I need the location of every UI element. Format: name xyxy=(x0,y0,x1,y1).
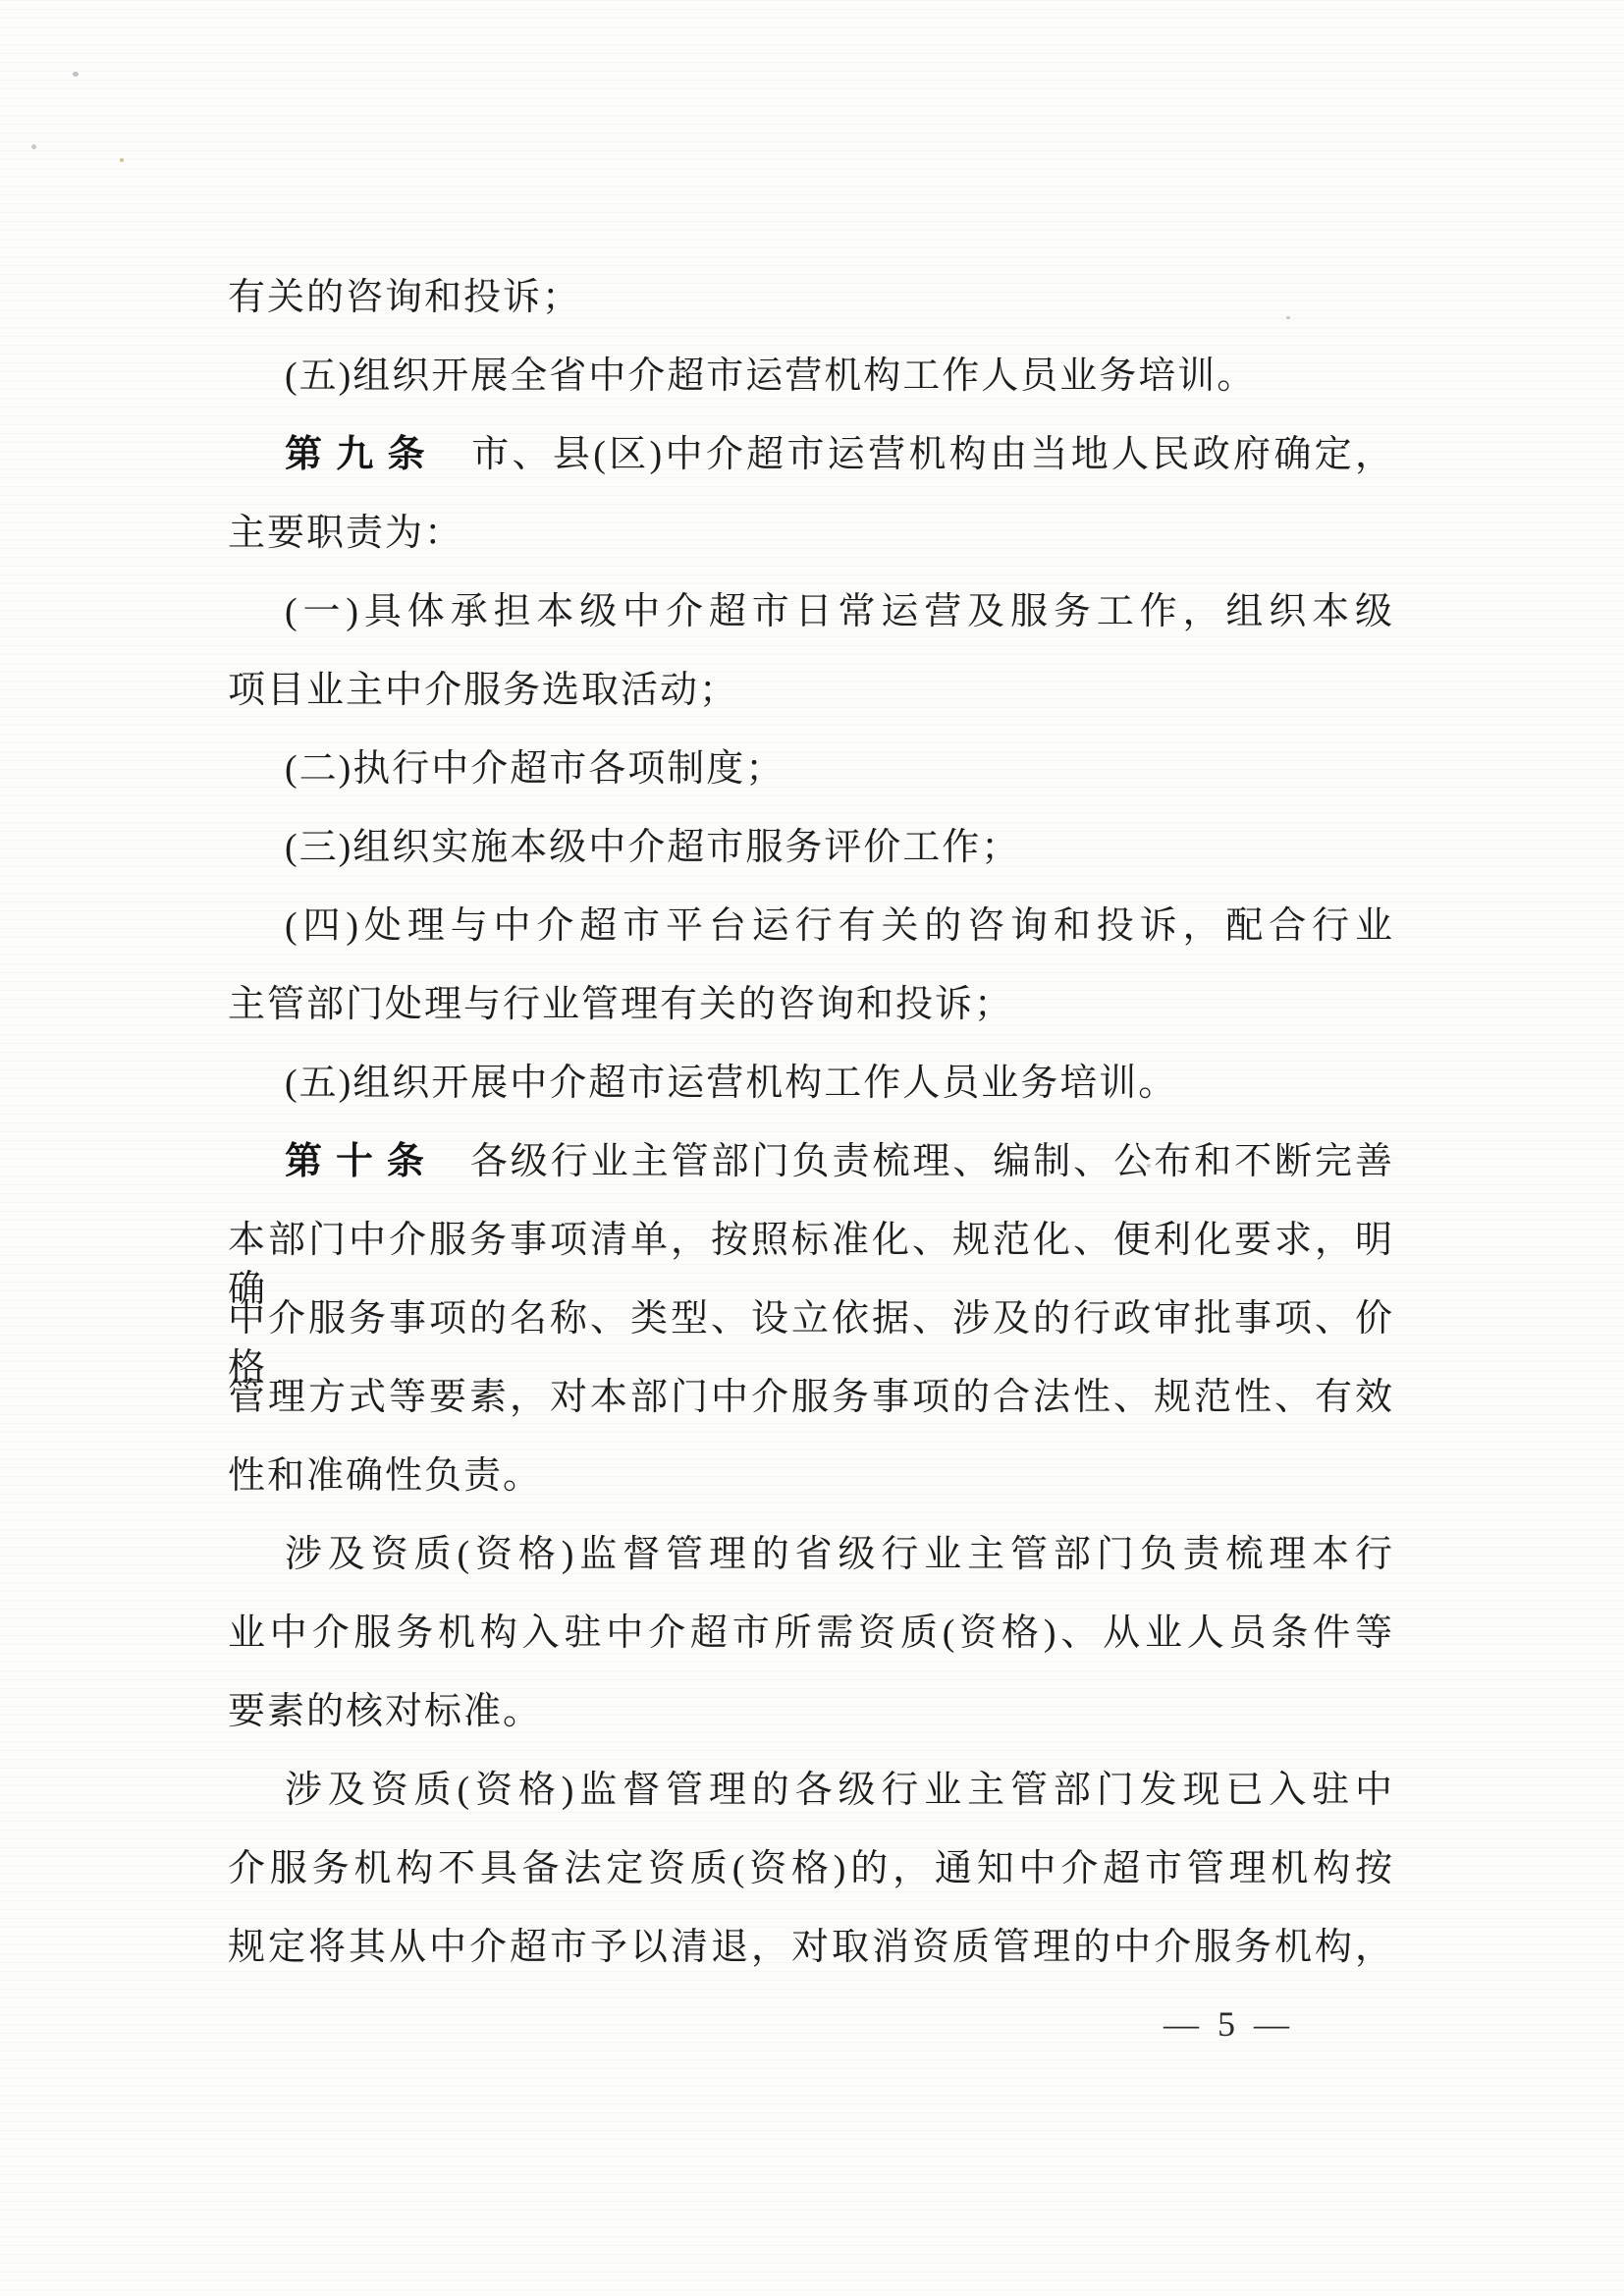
line-text: 项目业主中介服务选取活动； xyxy=(228,670,738,711)
line-text: 介服务机构不具备法定资质(资格)的，通知中介超市管理机构按 xyxy=(228,1848,1394,1889)
heading-gap xyxy=(438,1173,469,1174)
line-text: 要素的核对标准。 xyxy=(228,1691,542,1732)
line-text: 涉及资质(资格)监督管理的省级行业主管部门负责梳理本行 xyxy=(285,1534,1394,1575)
text-line: (五)组织开展中介超市运营机构工作人员业务培训。 xyxy=(228,1059,1394,1108)
line-text: (五)组织开展中介超市运营机构工作人员业务培训。 xyxy=(285,1063,1177,1104)
line-text: 各级行业主管部门负责梳理、编制、公布和不断完善 xyxy=(469,1141,1394,1182)
footer-page-number: — 5 — xyxy=(1164,2003,1294,2045)
text-line: (五)组织开展全省中介超市运营机构工作人员业务培训。 xyxy=(228,352,1394,401)
article-number-heading: 第九条 xyxy=(285,434,439,475)
document-page: 有关的咨询和投诉；(五)组织开展全省中介超市运营机构工作人员业务培训。第九条市、… xyxy=(0,0,1624,2296)
text-line: 项目业主中介服务选取活动； xyxy=(228,666,1394,715)
text-line: (四)处理与中介超市平台运行有关的咨询和投诉，配合行业 xyxy=(228,902,1394,951)
line-text: (一)具体承担本级中介超市日常运营及服务工作，组织本级 xyxy=(285,591,1394,632)
line-text: 有关的咨询和投诉； xyxy=(228,277,581,318)
line-text: 主管部门处理与行业管理有关的咨询和投诉； xyxy=(228,984,1013,1025)
text-line: (二)执行中介超市各项制度； xyxy=(228,744,1394,793)
text-line: 主管部门处理与行业管理有关的咨询和投诉； xyxy=(228,980,1394,1029)
line-text: (三)组织实施本级中介超市服务评价工作； xyxy=(285,827,1020,868)
line-text: 涉及资质(资格)监督管理的各级行业主管部门发现已入驻中 xyxy=(285,1770,1394,1811)
text-line: 第九条市、县(区)中介超市运营机构由当地人民政府确定， xyxy=(228,430,1394,479)
text-line: (一)具体承担本级中介超市日常运营及服务工作，组织本级 xyxy=(228,587,1394,636)
text-line: 第十条各级行业主管部门负责梳理、编制、公布和不断完善 xyxy=(228,1137,1394,1186)
text-line: 涉及资质(资格)监督管理的各级行业主管部门发现已入驻中 xyxy=(228,1766,1394,1815)
line-text: 主要职责为： xyxy=(228,513,463,554)
text-lines: 有关的咨询和投诉；(五)组织开展全省中介超市运营机构工作人员业务培训。第九条市、… xyxy=(0,0,1624,2296)
line-text: 管理方式等要素，对本部门中介服务事项的合法性、规范性、有效 xyxy=(228,1377,1394,1418)
text-line: 业中介服务机构入驻中介超市所需资质(资格)、从业人员条件等 xyxy=(228,1609,1394,1658)
line-text: 业中介服务机构入驻中介超市所需资质(资格)、从业人员条件等 xyxy=(228,1613,1394,1654)
heading-gap xyxy=(439,465,470,466)
text-line: 要素的核对标准。 xyxy=(228,1687,1394,1736)
text-line: 主要职责为： xyxy=(228,509,1394,558)
line-text: 性和准确性负责。 xyxy=(228,1455,542,1497)
text-line: 管理方式等要素，对本部门中介服务事项的合法性、规范性、有效 xyxy=(228,1373,1394,1422)
text-line: 涉及资质(资格)监督管理的省级行业主管部门负责梳理本行 xyxy=(228,1530,1394,1579)
text-line: 介服务机构不具备法定资质(资格)的，通知中介超市管理机构按 xyxy=(228,1844,1394,1893)
text-line: 有关的咨询和投诉； xyxy=(228,273,1394,322)
line-text: 规定将其从中介超市予以清退，对取消资质管理的中介服务机构， xyxy=(228,1927,1394,1968)
line-text: (四)处理与中介超市平台运行有关的咨询和投诉，配合行业 xyxy=(285,905,1394,947)
text-line: 性和准确性负责。 xyxy=(228,1451,1394,1501)
article-number-heading: 第十条 xyxy=(285,1141,438,1182)
line-text: (五)组织开展全省中介超市运营机构工作人员业务培训。 xyxy=(285,355,1256,397)
line-text: (二)执行中介超市各项制度； xyxy=(285,748,785,790)
line-text: 市、县(区)中介超市运营机构由当地人民政府确定， xyxy=(470,434,1394,475)
text-line: (三)组织实施本级中介超市服务评价工作； xyxy=(228,823,1394,872)
text-line: 规定将其从中介超市予以清退，对取消资质管理的中介服务机构， xyxy=(228,1923,1394,1972)
